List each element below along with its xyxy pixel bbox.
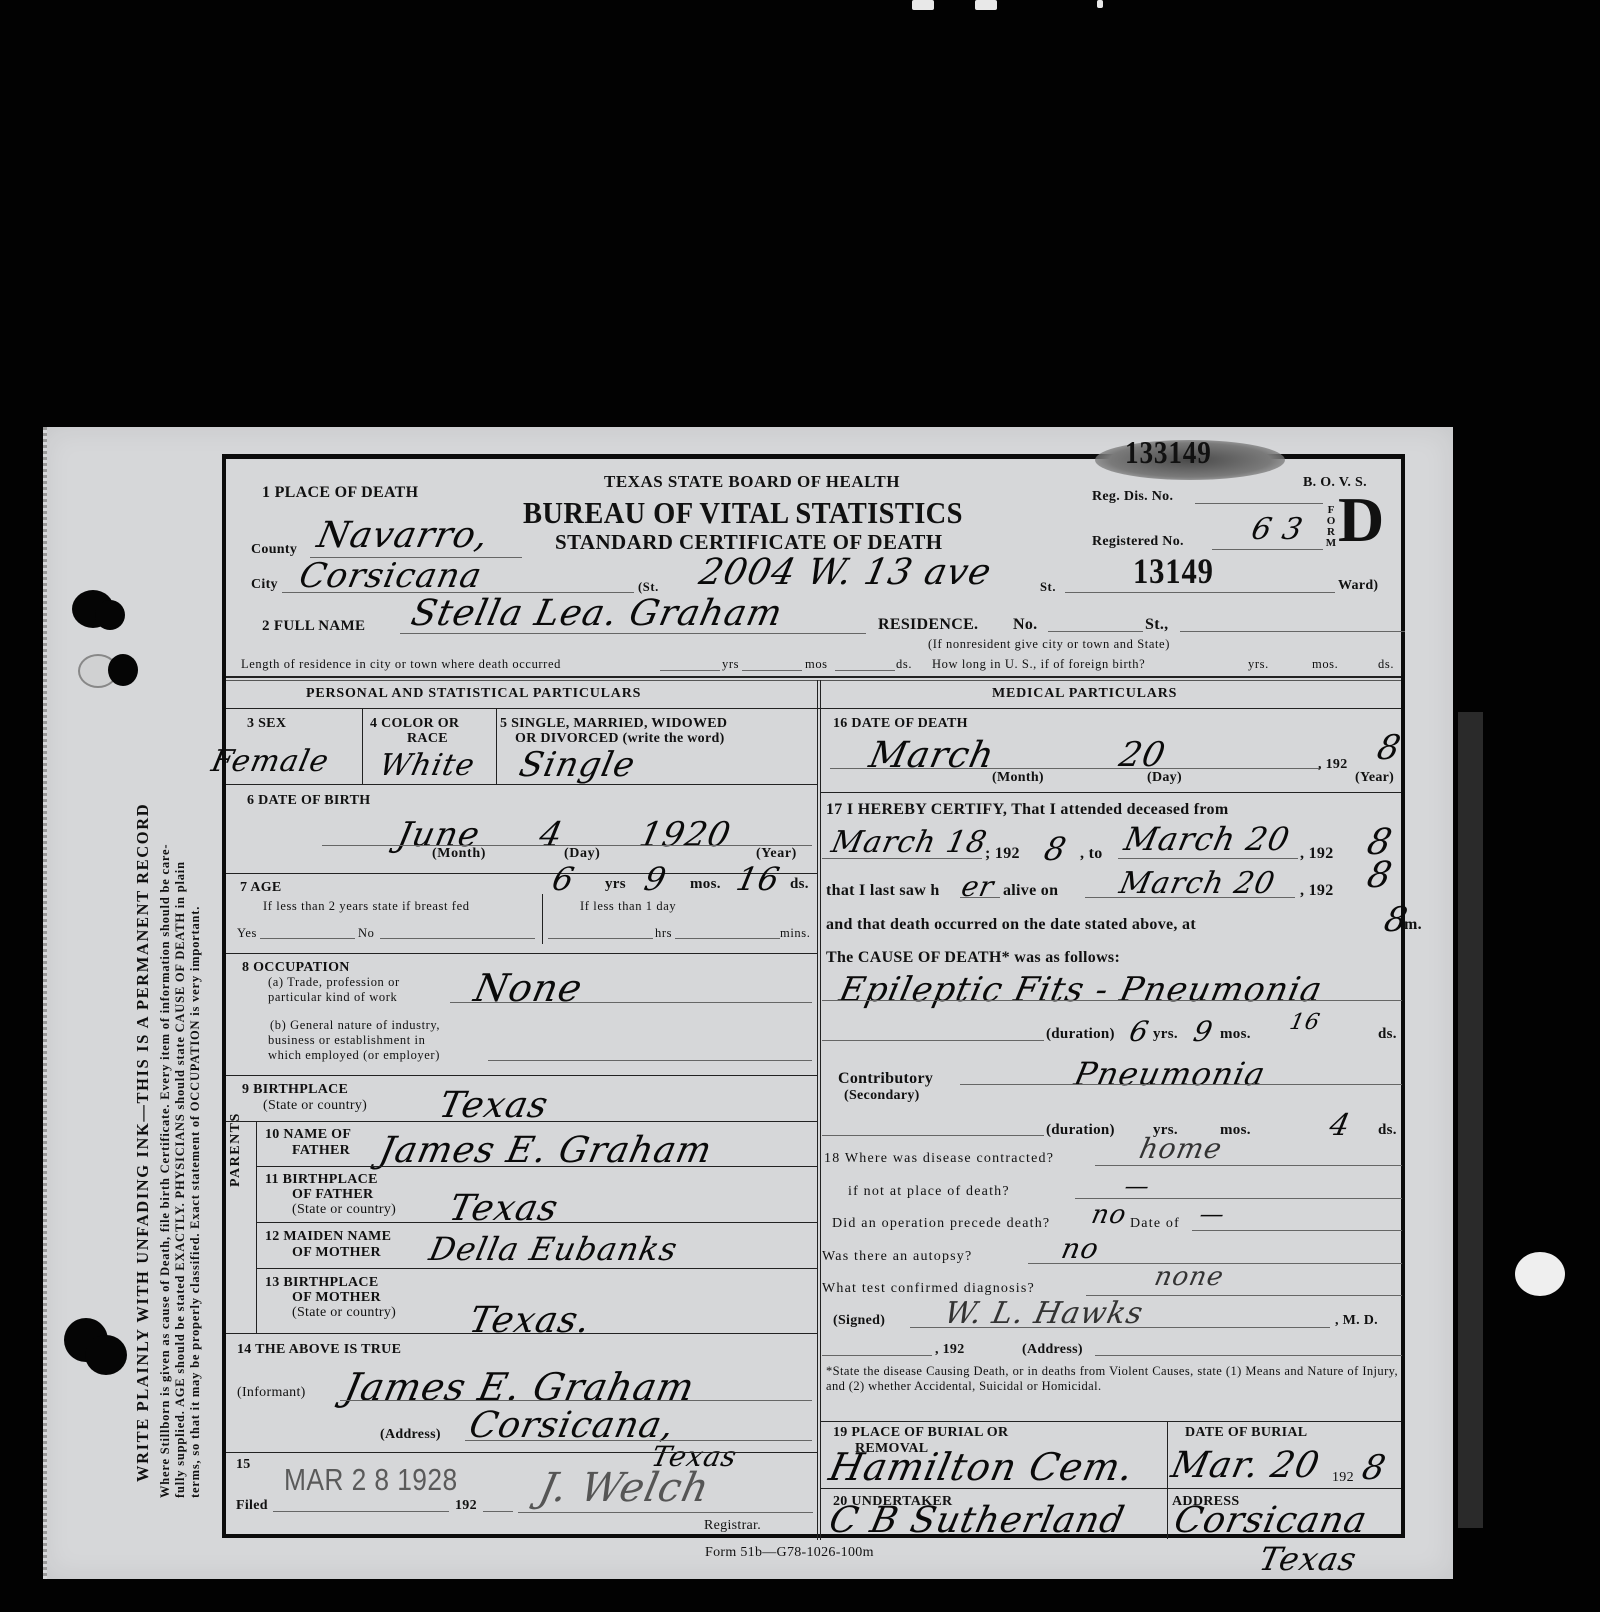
- dod-day-caption: (Day): [1147, 770, 1182, 786]
- color-label: 4 COLOR OR: [370, 716, 459, 732]
- father-name-label-2: FATHER: [292, 1143, 350, 1159]
- burial-value: Hamilton Cem.: [825, 1445, 1138, 1489]
- last-saw-label: that I last saw h: [826, 882, 940, 900]
- last-saw-line: [1085, 897, 1295, 898]
- street-line: [1065, 592, 1335, 593]
- yes-label: Yes: [237, 926, 257, 941]
- attended-from-value: March 18: [828, 825, 990, 860]
- cause-value: Epileptic Fits - Pneumonia: [836, 970, 1326, 1010]
- residence-st-line: [1180, 631, 1405, 632]
- contracted-label: 18 Where was disease contracted?: [824, 1151, 1054, 1167]
- column-divider: [820, 680, 821, 1540]
- divider: [226, 784, 817, 785]
- full-name-line: [400, 633, 866, 634]
- yes-line: [260, 938, 355, 939]
- contrib-duration-line: [822, 1135, 1044, 1136]
- foreign-mos-label: mos.: [1312, 657, 1338, 672]
- age-yrs-caption: yrs: [605, 876, 626, 893]
- dod-year-prefix: , 192: [1318, 757, 1348, 773]
- father-name-label: 10 NAME OF: [265, 1127, 351, 1143]
- birthplace-value: Texas: [436, 1085, 552, 1126]
- filed-192-label: 192: [455, 1498, 477, 1514]
- cause-footnote: *State the disease Causing Death, or in …: [826, 1364, 1398, 1394]
- nonresident-note: (If nonresident give city or town and St…: [928, 637, 1170, 652]
- dob-month-caption: (Month): [432, 846, 486, 862]
- signed-label: (Signed): [833, 1313, 885, 1329]
- last-saw-date: March 20: [1116, 866, 1278, 901]
- secondary-label: (Secondary): [844, 1088, 920, 1104]
- margin-instruction-1: Where Stillborn is given as cause of Dea…: [158, 844, 173, 1498]
- sig-date-line: [822, 1355, 932, 1356]
- informant-label: (Informant): [237, 1385, 306, 1401]
- age-label: 7 AGE: [240, 880, 282, 896]
- undertaker-address-value-2: Texas: [1256, 1540, 1360, 1578]
- length-mos-line: [742, 670, 802, 671]
- occupation-b-label-3: which employed (or employer): [268, 1048, 440, 1063]
- parents-column-divider: [256, 1121, 257, 1333]
- occupation-a-label: (a) Trade, profession or: [268, 975, 400, 990]
- cause-duration-days: 16: [1287, 1010, 1322, 1035]
- length-ds-line: [835, 670, 895, 671]
- registered-handwritten: 6 3: [1248, 512, 1306, 547]
- place-of-death-label: 1 PLACE OF DEATH: [262, 484, 418, 502]
- attended-to-line: [1118, 858, 1298, 859]
- cause-line: [822, 1000, 1402, 1001]
- divider: [820, 1421, 1401, 1422]
- cause-duration-label: (duration): [1046, 1026, 1115, 1043]
- film-punch-dot: [1515, 1252, 1565, 1296]
- death-occurred-label: and that death occurred on the date stat…: [826, 916, 1196, 934]
- death-m-label: m.: [1404, 916, 1422, 934]
- last-saw-label-2: alive on: [1003, 882, 1058, 900]
- breast-fed-label: If less than 2 years state if breast fed: [263, 899, 470, 914]
- father-birthplace-label: 11 BIRTHPLACE: [265, 1172, 378, 1188]
- attended-to-value: March 20: [1121, 820, 1294, 858]
- personal-section-title: PERSONAL AND STATISTICAL PARTICULARS: [306, 686, 641, 702]
- divider: [226, 953, 817, 954]
- punch-hole: [95, 600, 125, 630]
- full-name-label: 2 FULL NAME: [262, 618, 365, 635]
- father-birthplace-sub: (State or country): [292, 1202, 396, 1218]
- dod-line: [830, 768, 1320, 769]
- mins-line: [675, 938, 780, 939]
- contracted-line: [1095, 1165, 1402, 1166]
- autopsy-label: Was there an autopsy?: [822, 1249, 972, 1265]
- registrar-line: [518, 1512, 813, 1513]
- contrib-duration-label: (duration): [1046, 1122, 1115, 1139]
- mother-birthplace-value: Texas.: [466, 1300, 595, 1341]
- film-mark: [912, 0, 934, 10]
- occupation-label: 8 OCCUPATION: [242, 960, 350, 976]
- residence-st-label: St.,: [1145, 616, 1168, 634]
- column-divider: [496, 708, 497, 784]
- divider: [226, 1121, 817, 1122]
- foreign-birth-label: How long in U. S., if of foreign birth?: [932, 657, 1145, 672]
- undertaker-value: C B Sutherland: [826, 1500, 1129, 1541]
- hrs-label: hrs: [655, 926, 672, 941]
- parents-label: PARENTS: [228, 1112, 244, 1187]
- birthplace-sub: (State or country): [263, 1098, 367, 1114]
- year-192-a: ; 192: [985, 845, 1020, 863]
- sig-192-label: , 192: [935, 1342, 965, 1358]
- divider: [256, 1166, 817, 1167]
- film-mark: [1097, 0, 1103, 8]
- form-number-footer: Form 51b—G78-1026-100m: [705, 1545, 874, 1561]
- md-label: , M. D.: [1335, 1313, 1378, 1329]
- contrib-ds-label: ds.: [1378, 1122, 1397, 1139]
- mother-name-value: Della Eubanks: [426, 1230, 681, 1268]
- certify-label: 17 I HEREBY CERTIFY, That I attended dec…: [826, 801, 1228, 819]
- year-192-b: , 192: [1300, 845, 1334, 863]
- filed-number: 15: [236, 1457, 251, 1473]
- father-birthplace-label-2: OF FATHER: [292, 1187, 373, 1203]
- mother-birthplace-label-2: OF MOTHER: [292, 1290, 381, 1306]
- registrar-label: Registrar.: [704, 1518, 761, 1534]
- dod-month-caption: (Month): [992, 770, 1044, 786]
- divider: [256, 1222, 817, 1223]
- dod-month: March: [866, 735, 999, 776]
- undertaker-address-value: Corsicana: [1171, 1500, 1371, 1541]
- mother-birthplace-sub: (State or country): [292, 1305, 396, 1321]
- divider: [820, 792, 1401, 793]
- occupation-a-line: [450, 1002, 812, 1003]
- form-vertical-label: FORM: [1325, 505, 1337, 549]
- not-place-label: if not at place of death?: [848, 1184, 1010, 1200]
- divider: [226, 873, 817, 874]
- sex-label: 3 SEX: [247, 716, 286, 732]
- dod-day: 20: [1116, 735, 1170, 775]
- city-value: Corsicana: [296, 556, 486, 596]
- last-saw-pronoun-line: [960, 897, 1000, 898]
- father-name-value: James E. Graham: [376, 1130, 716, 1171]
- color-value: White: [376, 748, 478, 783]
- year-192-c: , 192: [1300, 882, 1334, 900]
- autopsy-value: no: [1058, 1232, 1102, 1265]
- occupation-value: None: [470, 966, 586, 1010]
- operation-value: no: [1089, 1200, 1130, 1230]
- occupation-b-line: [488, 1060, 812, 1061]
- filed-year-line: [483, 1511, 513, 1512]
- burial-date-value: Mar. 20: [1168, 1445, 1324, 1486]
- margin-instruction-2: fully supplied. AGE should be stated EXA…: [173, 861, 188, 1498]
- no-label: No: [358, 926, 374, 941]
- column-divider: [817, 680, 818, 1540]
- informant-value: James E. Graham: [340, 1365, 699, 1409]
- birthplace-label: 9 BIRTHPLACE: [242, 1082, 348, 1098]
- occupation-b-label: (b) General nature of industry,: [270, 1018, 440, 1033]
- contributory-label: Contributory: [838, 1070, 933, 1088]
- column-divider: [362, 708, 363, 784]
- reg-dis-label: Reg. Dis. No.: [1092, 489, 1173, 505]
- length-yrs-label: yrs: [722, 657, 739, 672]
- occupation-a-label-2: particular kind of work: [268, 990, 397, 1005]
- registered-line: [1212, 549, 1323, 550]
- dob-year: 1920: [636, 815, 735, 855]
- divider: [226, 1075, 817, 1076]
- length-residence-label: Length of residence in city or town wher…: [241, 657, 561, 672]
- date-of-label: Date of: [1130, 1216, 1180, 1232]
- color-label-2: RACE: [407, 731, 448, 747]
- divider: [820, 1488, 1401, 1489]
- residence-label: RESIDENCE.: [878, 616, 978, 634]
- length-yrs-line: [660, 670, 720, 671]
- dob-label: 6 DATE OF BIRTH: [247, 793, 370, 809]
- bureau-header: BUREAU OF VITAL STATISTICS: [523, 495, 963, 531]
- foreign-yrs-label: yrs.: [1248, 657, 1269, 672]
- sig-address-label: (Address): [1022, 1342, 1083, 1358]
- mins-label: mins.: [780, 926, 810, 941]
- foreign-ds-label: ds.: [1378, 657, 1394, 672]
- mother-birthplace-label: 13 BIRTHPLACE: [265, 1275, 378, 1291]
- dod-label: 16 DATE OF DEATH: [833, 716, 968, 732]
- filed-line: [273, 1511, 449, 1512]
- operation-label: Did an operation precede death?: [832, 1216, 1050, 1232]
- marital-value: Single: [516, 745, 639, 785]
- test-value: none: [1152, 1262, 1227, 1292]
- county-value: Navarro,: [314, 515, 493, 556]
- county-label: County: [251, 542, 297, 558]
- mother-name-label: 12 MAIDEN NAME: [265, 1229, 391, 1245]
- signed-value: W. L. Hawks: [941, 1296, 1146, 1331]
- no-line: [380, 938, 535, 939]
- attended-from-line: [822, 858, 982, 859]
- cause-mos-label: mos.: [1220, 1026, 1251, 1043]
- medical-section-title: MEDICAL PARTICULARS: [992, 686, 1177, 702]
- length-ds-label: ds.: [896, 657, 912, 672]
- full-name-value: Stella Lea. Graham: [408, 593, 787, 634]
- hrs-line: [548, 938, 653, 939]
- age-days: 16: [733, 860, 784, 898]
- divider: [256, 1268, 817, 1269]
- city-label: City: [251, 577, 278, 593]
- cause-yrs-label: yrs.: [1153, 1026, 1178, 1043]
- filed-label: Filed: [236, 1498, 268, 1514]
- punch-hole: [85, 1335, 127, 1375]
- residence-no-line: [1048, 631, 1143, 632]
- contributory-value: Pneumonia: [1071, 1055, 1269, 1093]
- date-of-line: [1192, 1230, 1402, 1231]
- length-mos-label: mos: [805, 657, 828, 672]
- divider: [226, 1333, 817, 1334]
- above-true-label: 14 THE ABOVE IS TRUE: [237, 1342, 401, 1358]
- punch-hole: [108, 654, 138, 686]
- sig-address-line: [1095, 1355, 1402, 1356]
- contracted-value: home: [1136, 1132, 1225, 1165]
- age-mos-caption: mos.: [690, 876, 721, 893]
- column-divider: [542, 894, 543, 944]
- ward-label: Ward): [1338, 578, 1378, 594]
- not-place-line: [1075, 1198, 1402, 1199]
- divider: [226, 680, 1401, 681]
- contributory-line: [960, 1084, 1402, 1085]
- reg-dis-line: [1195, 503, 1323, 504]
- margin-permanent-record: WRITE PLAINLY WITH UNFADING INK—THIS IS …: [133, 803, 153, 1482]
- registered-stamped-number: 13149: [1133, 550, 1214, 592]
- form-letter: D: [1338, 488, 1384, 552]
- burial-label: 19 PLACE OF BURIAL OR: [833, 1425, 1008, 1441]
- cause-ds-label: ds.: [1378, 1026, 1397, 1043]
- signed-line: [910, 1327, 1330, 1328]
- informant-line: [340, 1400, 812, 1401]
- street-value: 2004 W. 13 ave: [696, 552, 996, 593]
- to-label: , to: [1080, 845, 1103, 863]
- cause-duration-line: [822, 1040, 1044, 1041]
- margin-instruction-3: terms, so that it may be properly classi…: [188, 906, 203, 1498]
- divider: [226, 708, 1401, 709]
- cause-label: The CAUSE OF DEATH* was as follows:: [826, 949, 1120, 967]
- age-ds-caption: ds.: [790, 876, 809, 893]
- perforated-edge: [43, 427, 47, 1579]
- divider: [226, 1452, 817, 1453]
- address-line: [465, 1440, 812, 1441]
- marital-label: 5 SINGLE, MARRIED, WIDOWED: [500, 716, 727, 732]
- registrar-signature: J. Welch: [535, 1465, 714, 1511]
- sex-value: Female: [208, 744, 332, 779]
- divider: [226, 676, 1401, 678]
- film-mark: [975, 0, 997, 10]
- registered-label: Registered No.: [1092, 534, 1184, 550]
- burial-year-label: 192: [1332, 1470, 1354, 1486]
- board-header: TEXAS STATE BOARD OF HEALTH: [604, 472, 900, 492]
- burial-date-label: DATE OF BURIAL: [1185, 1425, 1307, 1441]
- street-suffix: St.: [1040, 580, 1056, 595]
- occupation-b-label-2: business or establishment in: [268, 1033, 425, 1048]
- binder-strip: [1458, 712, 1483, 1528]
- less-than-day-label: If less than 1 day: [580, 899, 676, 914]
- residence-no-label: No.: [1013, 616, 1037, 634]
- stamped-number-top: 133149: [1125, 434, 1212, 471]
- informant-address-label: (Address): [380, 1427, 441, 1443]
- dod-year-caption: (Year): [1355, 770, 1394, 786]
- filed-date-stamp: MAR 2 8 1928: [284, 1462, 458, 1498]
- test-label: What test confirmed diagnosis?: [822, 1281, 1035, 1297]
- mother-name-label-2: OF MOTHER: [292, 1245, 381, 1261]
- contrib-mos-label: mos.: [1220, 1122, 1251, 1139]
